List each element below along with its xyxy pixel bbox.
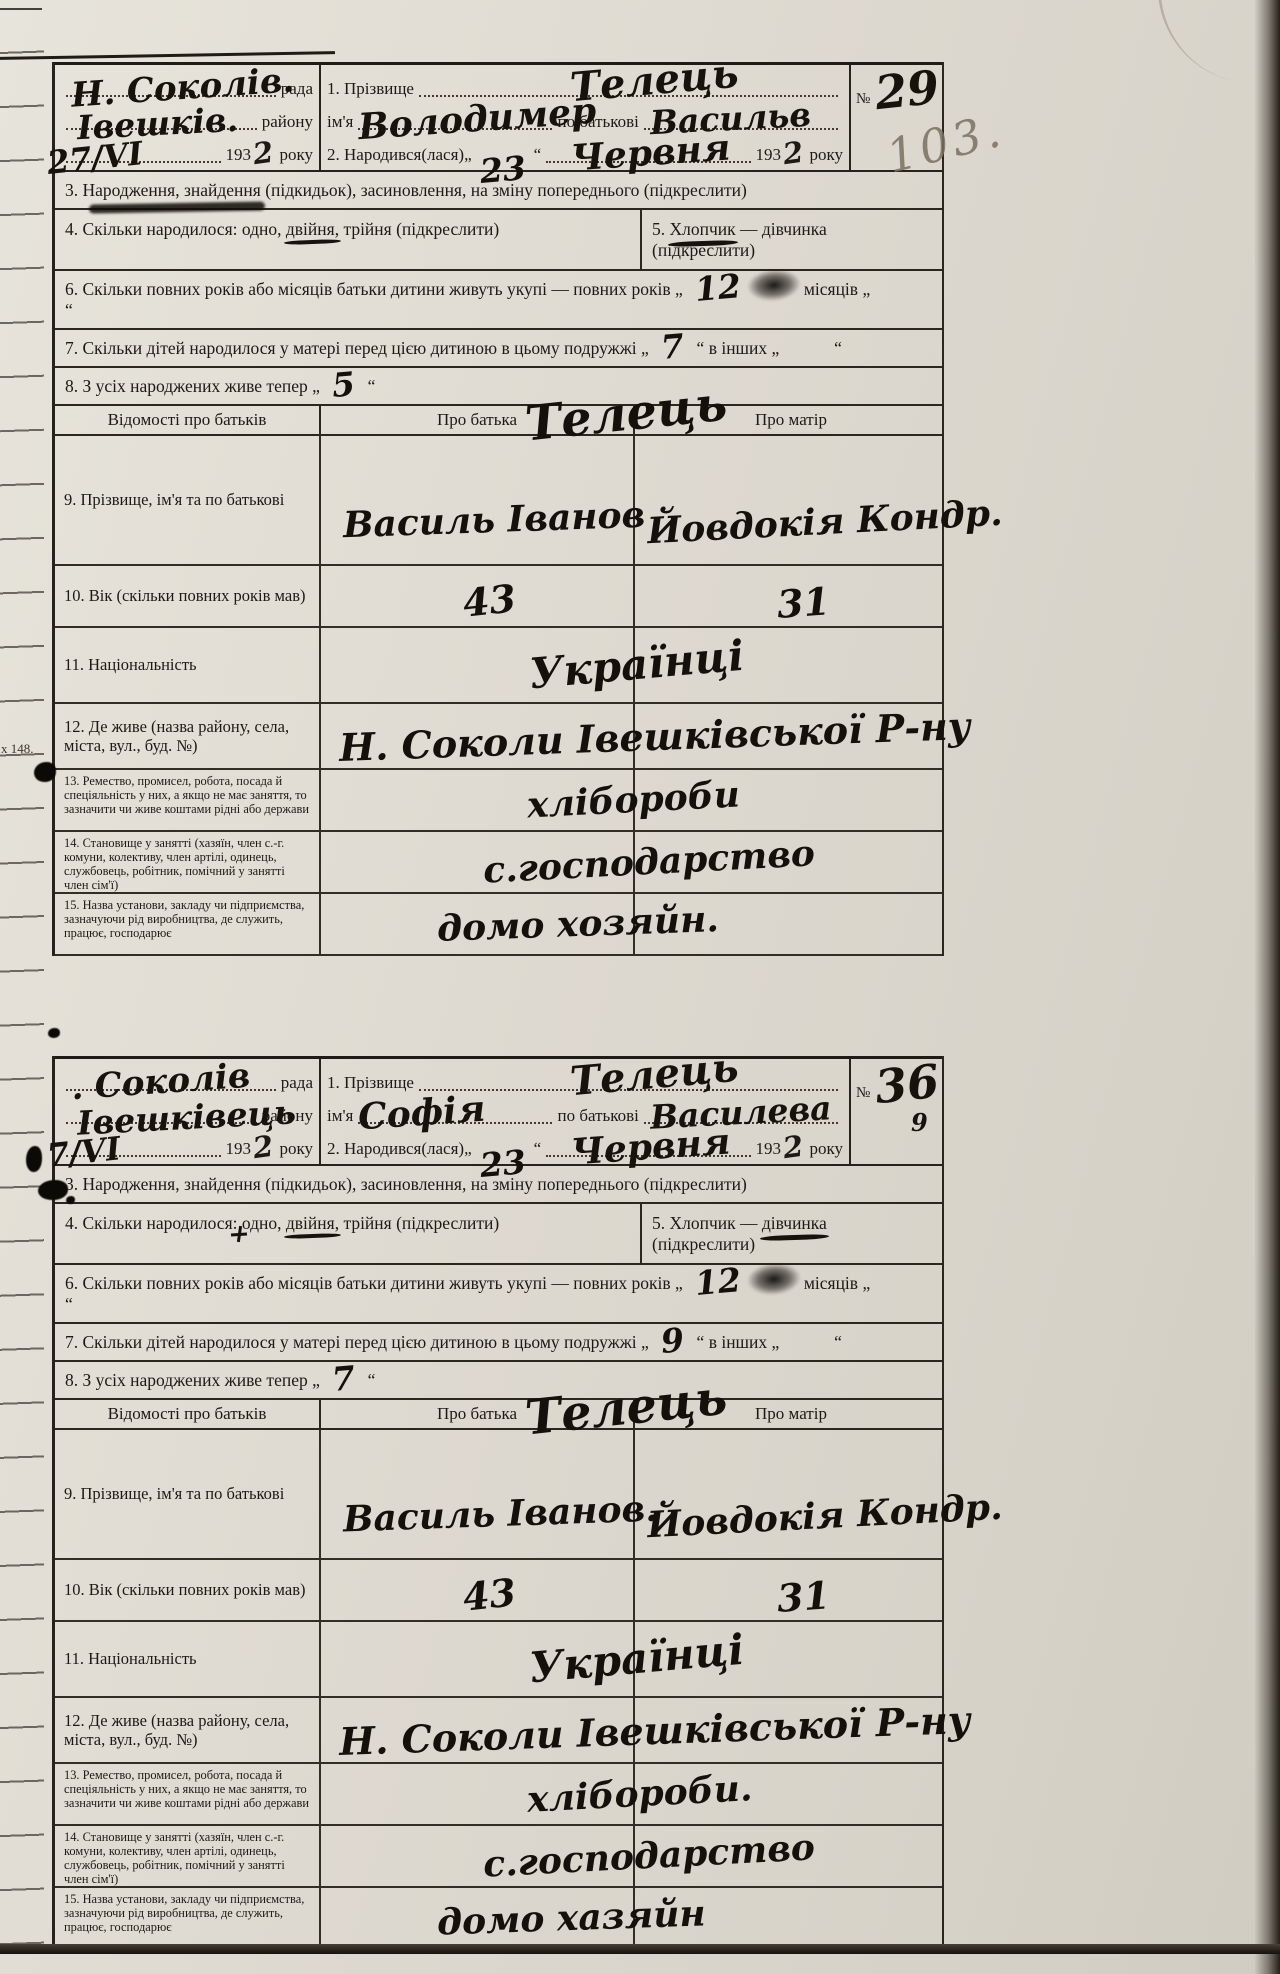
field-multiplicity: 4. Скільки народилося: одно, двійня, трі… — [55, 1204, 640, 1263]
quote-open: „ — [862, 1273, 870, 1293]
row13-label: 13. Ремество, промисел, робота, посада й… — [55, 770, 319, 830]
table-row-occupation: 13. Ремество, промисел, робота, посада й… — [55, 770, 942, 832]
parents-table: Відомості про батьків Про батька Про мат… — [55, 1400, 942, 1950]
stray-rule-line — [0, 8, 42, 10]
row11-label: 11. Національність — [55, 1622, 319, 1696]
row7-text: 7. Скільки дітей народилося у матері пер… — [65, 1332, 637, 1352]
ink-blot — [66, 1196, 75, 1204]
form-header: . Соколів рада Івешківець району 7/VI 19… — [55, 1056, 942, 1166]
row5-number: 5. — [652, 219, 665, 239]
row14-label: 14. Становище у занятті (хазяїн, член с.… — [55, 1826, 319, 1892]
label-year: 1932 року — [226, 146, 313, 166]
row3-text: 3. Народження, знайдення (підкидьок), за… — [65, 1174, 747, 1194]
row10-label: 10. Вік (скільки повних років мав) — [55, 566, 319, 626]
quote-close: “ — [368, 1370, 376, 1390]
label-narodyvsia: 2. Народився(лася) — [327, 146, 464, 166]
dotted-line: Василева — [644, 1091, 838, 1124]
label-roku: року — [809, 1139, 843, 1158]
field-sex: 5. Хлопчик — дівчинка (підкреслити) — [640, 210, 942, 269]
handwritten-children-alive: 7 — [332, 1378, 355, 1380]
row13-label: 13. Ремество, промисел, робота, посада й… — [55, 1764, 319, 1824]
dotted-line: Софія — [358, 1091, 552, 1124]
option-twins-underlined: двійня, — [286, 1213, 339, 1233]
row5-tail: (підкреслити) — [652, 1234, 755, 1254]
row11-label: 11. Національність — [55, 628, 319, 702]
row12-label: 12. Де живе (назва району, села, міста, … — [55, 704, 319, 768]
row8-text: 8. З усіх народжених живе тепер — [65, 1370, 308, 1390]
row-birth-type: 3. Народження, знайдення (підкидьок), за… — [55, 172, 942, 210]
handwritten-patronymic: Васильв — [649, 101, 811, 136]
option-twins: двійня, — [286, 1213, 339, 1233]
quote-close: “ — [697, 1332, 705, 1352]
year-prefix: 193 — [226, 145, 252, 164]
birth-record-form-1: Н. Соколів. рада Івешків. району 27/VI 1… — [52, 62, 944, 956]
handwritten-record-number-extra: 9 — [911, 1111, 928, 1135]
option-girl: дівчинка — [762, 219, 827, 239]
handwritten-year-digit: 2 — [783, 152, 803, 155]
dotted-line: Володимер — [358, 97, 552, 130]
year-prefix: 193 — [756, 145, 782, 164]
row-children-before: 7. Скільки дітей народилося у матері пер… — [55, 330, 942, 368]
scan-bottom-edge — [0, 1944, 1280, 1954]
handwritten-record-number: 36 — [873, 1058, 941, 1110]
handwritten-reg-date: 7/VI — [46, 1137, 122, 1170]
ink-blot — [38, 1180, 68, 1200]
label-imia: ім'я — [327, 1107, 353, 1127]
handwritten-record-number: 29 — [873, 64, 941, 116]
handwritten-first-name: Софія — [358, 1095, 487, 1133]
option-girl-underlined: дівчинка — [762, 1213, 827, 1233]
handwritten-year-digit: 2 — [253, 1146, 273, 1149]
scan-right-edge-shadow — [1254, 0, 1280, 1974]
field-multiplicity: 4. Скільки народилося: одно, двійня, трі… — [55, 210, 640, 269]
option-single: одно, — [242, 1213, 282, 1233]
quote-open: „ — [312, 376, 320, 396]
parents-table-header: Відомості про батьків Про батька Про мат… — [55, 1400, 942, 1430]
quote-open: „ — [641, 338, 649, 358]
handwritten-district: Івешків. — [76, 106, 238, 141]
ledger-ruled-lines — [0, 0, 44, 1944]
column-header-parents: Відомості про батьків — [55, 406, 319, 435]
row-multiplicity-and-sex: 4. Скільки народилося: одно, двійня, трі… — [55, 210, 942, 271]
field-council: Н. Соколів. рада — [61, 67, 313, 100]
row9-label: 9. Прізвище, ім'я та по батькові — [55, 1430, 319, 1558]
row4-text: 4. Скільки народилося: — [65, 1213, 238, 1233]
label-roku: року — [809, 145, 843, 164]
handwritten-father-age: 43 — [461, 1573, 518, 1616]
option-boy-underlined: Хлопчик — [670, 219, 736, 239]
header-child-identity: 1. Прізвище Телець ім'я Софія по батьков… — [319, 1059, 851, 1164]
quote-close: “ — [834, 1332, 842, 1352]
ink-blot — [48, 1028, 60, 1038]
handwritten-years-together: 12 — [695, 1280, 741, 1284]
quote-close: “ — [65, 300, 73, 320]
handwritten-occupation: хлібороби. — [526, 1770, 753, 1818]
label-roku: року — [279, 145, 313, 164]
label-rada: рада — [281, 1074, 313, 1094]
birth-record-form-2: . Соколів рада Івешківець району 7/VI 19… — [52, 1056, 944, 1950]
handwritten-reg-date: 27/VI — [46, 141, 144, 176]
row15-label: 15. Назва установи, закладу чи підприємс… — [55, 894, 319, 954]
quote-open: „ — [464, 146, 472, 166]
handwritten-father-name: Василь Іванов. — [342, 1491, 658, 1538]
ink-blot — [34, 762, 56, 782]
dash: — — [740, 1213, 758, 1233]
row-children-alive: 8. З усіх народжених живе тепер „ 7 “ — [55, 1362, 942, 1400]
option-triplets: трійня (підкреслити) — [343, 1213, 499, 1233]
parents-table-header: Відомості про батьків Про батька Про мат… — [55, 406, 942, 436]
header-left-registration: . Соколів рада Івешківець району 7/VI 19… — [55, 1059, 319, 1164]
option-girl: дівчинка — [762, 1213, 827, 1233]
option-boy: Хлопчик — [670, 219, 736, 239]
row10-label: 10. Вік (скільки повних років мав) — [55, 1560, 319, 1620]
row-children-alive: 8. З усіх народжених живе тепер „ 5 “ — [55, 368, 942, 406]
handwritten-cross-mark — [231, 1226, 247, 1242]
quote-open: „ — [772, 338, 780, 358]
quote-open: „ — [675, 279, 683, 299]
header-child-identity: 1. Прізвище Телець ім'я Володимер по бат… — [319, 65, 851, 170]
row8-text: 8. З усіх народжених живе тепер — [65, 376, 308, 396]
quote-open: „ — [862, 279, 870, 299]
row4-text: 4. Скільки народилося: — [65, 219, 238, 239]
handwritten-father-age: 43 — [461, 579, 518, 622]
dash: — — [740, 219, 758, 239]
row5-number: 5. — [652, 1213, 665, 1233]
handwritten-year-digit: 2 — [253, 152, 273, 155]
row-birth-type: 3. Народження, знайдення (підкидьок), за… — [55, 1166, 942, 1204]
year-prefix: 193 — [226, 1139, 252, 1158]
option-twins-underlined: двійня, — [286, 219, 339, 239]
label-raionu: району — [262, 113, 313, 133]
quote-open: „ — [464, 1140, 472, 1160]
table-row-occupation: 13. Ремество, промисел, робота, посада й… — [55, 1764, 942, 1826]
form-header: Н. Соколів. рада Івешків. району 27/VI 1… — [55, 62, 942, 172]
handwritten-years-together: 12 — [695, 286, 741, 290]
year-prefix: 193 — [756, 1139, 782, 1158]
option-boy: Хлопчик — [670, 1213, 736, 1233]
handwritten-mother-age: 31 — [776, 1576, 831, 1618]
row7-others-label: в інших — [709, 1332, 767, 1352]
handwritten-mother-age: 31 — [776, 582, 831, 624]
header-record-number: № 36 9 — [851, 1059, 944, 1164]
field-council: . Соколів рада — [61, 1061, 313, 1094]
row-children-before: 7. Скільки дітей народилося у матері пер… — [55, 1324, 942, 1362]
row7-text: 7. Скільки дітей народилося у матері пер… — [65, 338, 637, 358]
column-header-parents: Відомості про батьків — [55, 1400, 319, 1429]
label-birth-year: 1932 року — [756, 146, 843, 166]
row-years-together: 6. Скільки повних років або місяців бать… — [55, 1265, 942, 1324]
parents-table: Відомості про батьків Про батька Про мат… — [55, 406, 942, 956]
label-imia: ім'я — [327, 113, 353, 133]
row14-label: 14. Становище у занятті (хазяїн, член с.… — [55, 832, 319, 898]
handwritten-year-digit: 2 — [783, 1146, 803, 1149]
handwritten-children-before: 9 — [661, 1340, 684, 1342]
row7-others-label: в інших — [709, 338, 767, 358]
dotted-line: Телець — [419, 1058, 838, 1091]
quote-close: “ — [534, 146, 542, 166]
row-multiplicity-and-sex: 4. Скільки народилося: одно, двійня, трі… — [55, 1204, 942, 1265]
handwritten-father-name: Василь Іванов — [342, 497, 645, 544]
option-twins: двійня, — [286, 219, 339, 239]
row6-text: 6. Скільки повних років або місяців бать… — [65, 1273, 671, 1293]
quote-open: „ — [675, 1273, 683, 1293]
quote-close: “ — [368, 376, 376, 396]
label-number-sign: № — [856, 1085, 870, 1102]
row3-text: 3. Народження, знайдення (підкидьок), за… — [65, 180, 747, 200]
handwritten-institution: домо хозяйн. — [436, 901, 719, 947]
row6-months-label: місяців — [804, 279, 858, 299]
label-number-sign: № — [856, 91, 870, 108]
table-row-nationality: 11. Національність — [55, 628, 942, 704]
row15-label: 15. Назва установи, закладу чи підприємс… — [55, 1888, 319, 1948]
quote-open: „ — [641, 1332, 649, 1352]
handwritten-surname: Телець — [569, 1052, 740, 1099]
quote-close: “ — [65, 1294, 73, 1314]
quote-close: “ — [834, 338, 842, 358]
dotted-line: Васильв — [644, 97, 838, 130]
label-year: 1932 року — [226, 1140, 313, 1160]
table-row-nationality: 11. Національність — [55, 1622, 942, 1698]
label-narodyvsia: 2. Народився(лася) — [327, 1140, 464, 1160]
field-surname: 1. Прізвище Телець — [327, 1061, 843, 1094]
field-name-patronymic: ім'я Володимер по батькові Васильв — [327, 100, 843, 133]
handwritten-occupation: хлібороби — [526, 776, 740, 823]
handwritten-children-before: 7 — [661, 346, 684, 348]
handwritten-children-alive: 5 — [332, 384, 355, 386]
row12-label: 12. Де живе (назва району, села, міста, … — [55, 1698, 319, 1762]
quote-close: “ — [534, 1140, 542, 1160]
row6-text: 6. Скільки повних років або місяців бать… — [65, 279, 671, 299]
handwritten-patronymic: Василева — [649, 1095, 832, 1131]
ink-blot — [26, 1146, 42, 1172]
quote-open: „ — [772, 1332, 780, 1352]
option-triplets: трійня (підкреслити) — [343, 219, 499, 239]
quote-open: „ — [312, 1370, 320, 1390]
label-birth-year: 1932 року — [756, 1140, 843, 1160]
header-left-registration: Н. Соколів. рада Івешків. району 27/VI 1… — [55, 65, 319, 170]
row-years-together: 6. Скільки повних років або місяців бать… — [55, 271, 942, 330]
label-roku: року — [279, 1139, 313, 1158]
option-single: одно, — [242, 219, 282, 239]
field-sex: 5. Хлопчик — дівчинка (підкреслити) — [640, 1204, 942, 1263]
quote-close: “ — [697, 338, 705, 358]
row6-months-label: місяців — [804, 1273, 858, 1293]
margin-code-note: х 148. — [1, 741, 34, 757]
dotted-line: Телець — [419, 64, 838, 97]
handwritten-institution: домо хазяйн — [436, 1895, 706, 1940]
row9-label: 9. Прізвище, ім'я та по батькові — [55, 436, 319, 564]
